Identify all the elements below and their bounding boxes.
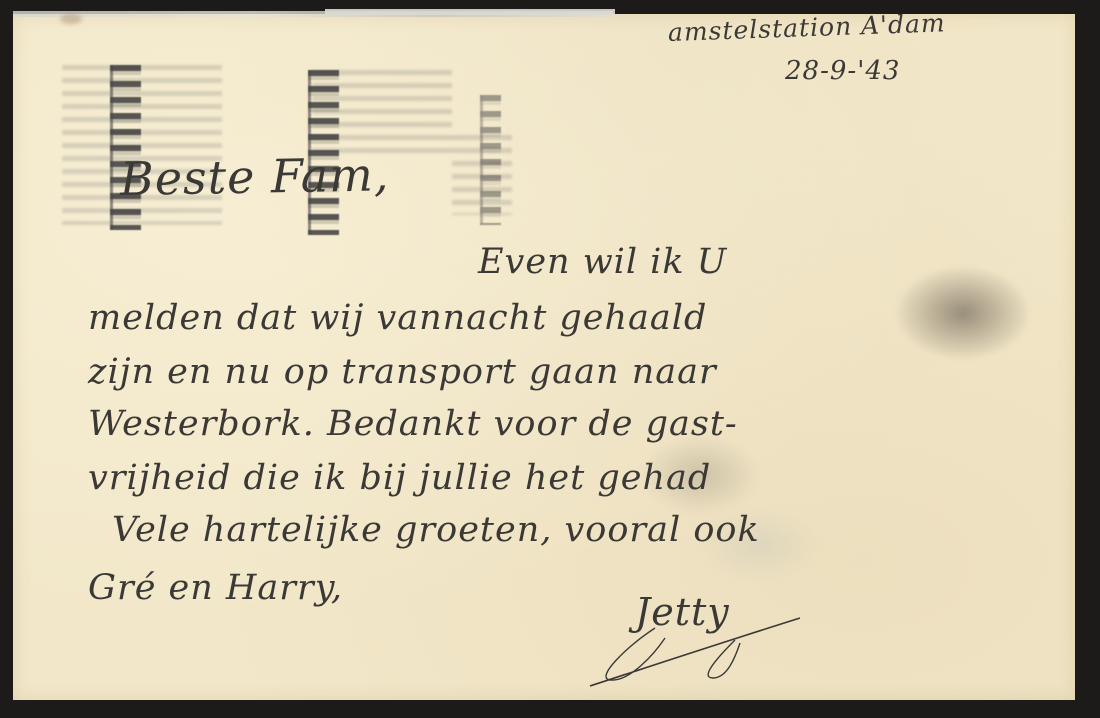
body-line: Gré en Harry,	[88, 568, 343, 608]
body-line: Westerbork. Bedankt voor de gast-	[88, 404, 738, 444]
torn-top-edge-patch	[325, 9, 615, 15]
header-date: 28-9-'43	[785, 56, 900, 86]
body-line: melden dat wij vannacht gehaald	[88, 298, 707, 338]
body-line: Vele hartelijke groeten, vooral ook	[112, 510, 760, 550]
body-line: Even wil ik U	[478, 242, 727, 282]
body-line: vrijheid die ik bij jullie het gehad	[88, 458, 711, 498]
postmark-cancellation-bar	[480, 95, 501, 225]
body-line: zijn en nu op transport gaan naar	[88, 352, 717, 392]
salutation: Beste Fam,	[120, 147, 390, 206]
signature-flourish	[585, 598, 805, 690]
